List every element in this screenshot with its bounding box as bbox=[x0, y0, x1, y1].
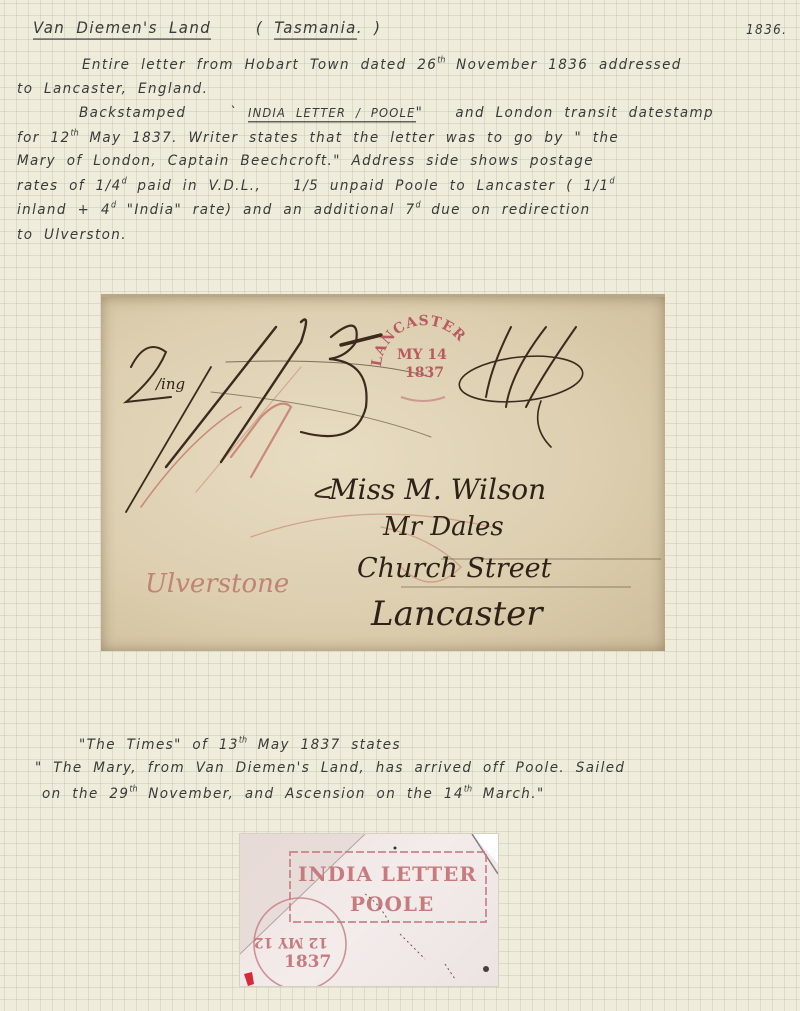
address-line-4: Lancaster bbox=[370, 594, 544, 634]
backstamp-artwork: INDIA LETTER POOLE 12 MY 12 1837 bbox=[240, 834, 498, 986]
cover-artwork: Ulverstone /ing LANCASTER MY 14 1837 Mis… bbox=[101, 297, 665, 651]
title-tasmania: ( Tasmania. ) bbox=[256, 18, 381, 40]
description-line-3: Backstamped ` INDIA LETTER / POOLE" and … bbox=[79, 104, 714, 121]
backstamp-line-2: POOLE bbox=[350, 892, 434, 916]
page-title: Van Diemen's Land ( Tasmania. ) bbox=[33, 18, 381, 37]
manuscript-ing: /ing bbox=[154, 375, 185, 393]
svg-text:MY 14: MY 14 bbox=[397, 347, 447, 363]
backstamp-date: 12 MY 12 bbox=[254, 934, 328, 950]
description-line-2: to Lancaster, England. bbox=[17, 80, 208, 97]
address-line-1: Miss M. Wilson bbox=[328, 473, 546, 506]
description-line-6: rates of 1/4d paid in V.D.L., 1/5 unpaid… bbox=[17, 176, 615, 194]
times-quote-line-2: on the 29th November, and Ascension on t… bbox=[42, 784, 545, 802]
svg-text:1837: 1837 bbox=[405, 365, 444, 381]
description-line-7: inland + 4d "India" rate) and an additio… bbox=[17, 200, 591, 218]
description-line-4: for 12th May 1837. Writer states that th… bbox=[17, 128, 619, 146]
times-quote-intro: "The Times" of 13th May 1837 states bbox=[79, 735, 401, 753]
year-label: 1836. bbox=[746, 22, 787, 37]
title-van-diemens-land: Van Diemen's Land bbox=[33, 18, 211, 40]
backstamp-year: 1837 bbox=[284, 952, 331, 972]
address-line-3: Church Street bbox=[357, 553, 552, 584]
lancaster-postmark: LANCASTER MY 14 1837 bbox=[369, 313, 469, 401]
india-letter-poole-backstamp-image: INDIA LETTER POOLE 12 MY 12 1837 bbox=[239, 833, 499, 987]
india-letter-poole-text: INDIA LETTER / POOLE bbox=[248, 105, 416, 122]
letter-cover-image: Ulverstone /ing LANCASTER MY 14 1837 Mis… bbox=[101, 294, 665, 651]
description-line-1: Entire letter from Hobart Town dated 26t… bbox=[82, 55, 682, 73]
backstamp-line-1: INDIA LETTER bbox=[298, 862, 477, 886]
address-line-2: Mr Dales bbox=[382, 512, 504, 542]
times-quote-line-1: " The Mary, from Van Diemen's Land, has … bbox=[35, 759, 625, 776]
description-line-8: to Ulverston. bbox=[17, 226, 127, 243]
description-line-5: Mary of London, Captain Beechcroft." Add… bbox=[17, 152, 594, 169]
redirect-ulverstone: Ulverstone bbox=[145, 569, 289, 599]
